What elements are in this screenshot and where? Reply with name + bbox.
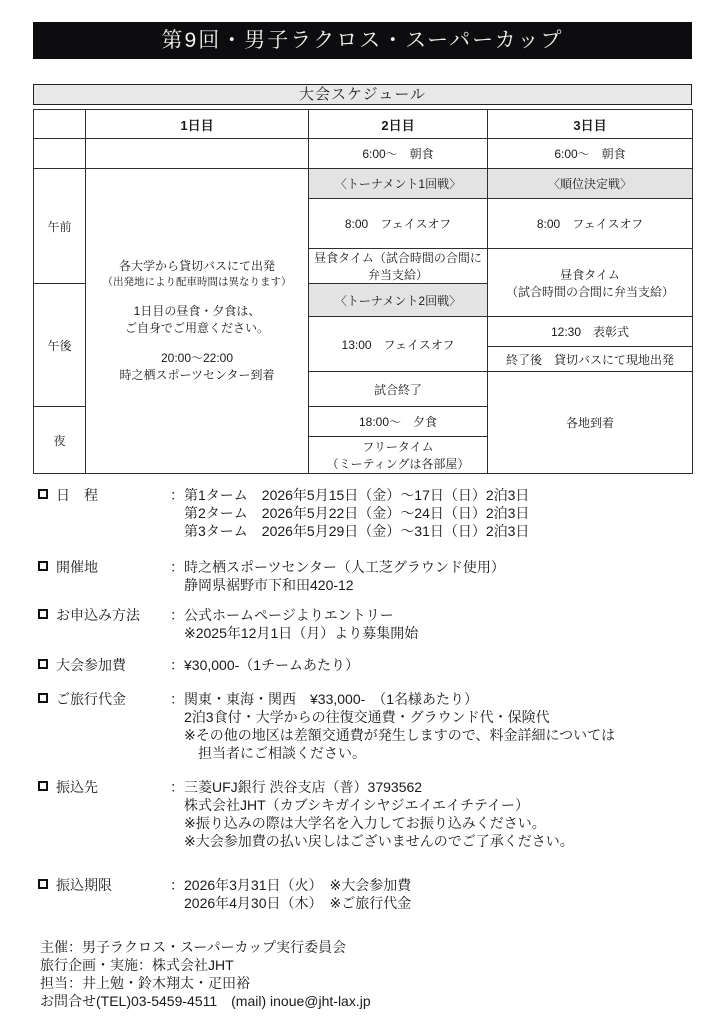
detail-text: ：第1ターム 2026年5月15日（金）～17日（日）2泊3日 第2ターム 20…	[170, 486, 693, 540]
cell-day3-awards: 12:30 表彰式	[488, 317, 693, 347]
footer-contact: お問合せ(TEL)03-5459-4511 (mail) inoue@jht-l…	[40, 992, 371, 1010]
detail-text: ：関東・東海・関西 ¥33,000- （1名様あたり） 2泊3食付・大学からの往…	[170, 690, 693, 762]
cell-day2-round2: 〈トーナメント2回戦〉	[309, 284, 488, 317]
cell-day2-breakfast: 6:00～ 朝食	[309, 139, 488, 169]
cell-day3-faceoff-am: 8:00 フェイスオフ	[488, 199, 693, 249]
detail-item-application: お申込み方法 ：公式ホームページよりエントリー ※2025年12月1日（月）より…	[33, 606, 693, 642]
detail-label: 日 程	[56, 486, 170, 504]
row-label-night: 夜	[34, 407, 86, 474]
bullet-square-icon	[38, 489, 48, 499]
row-label-morning: 午前	[34, 169, 86, 284]
schedule-heading: 大会スケジュール	[33, 84, 692, 105]
cell-day3-departure: 終了後 貸切バスにて現地出発	[488, 347, 693, 372]
bullet-square-icon	[38, 659, 48, 669]
cell-day2-faceoff-pm: 13:00 フェイスオフ	[309, 317, 488, 372]
detail-label: 振込期限	[56, 876, 170, 894]
cell-day3-breakfast: 6:00～ 朝食	[488, 139, 693, 169]
day1-arrive-time: 20:00～22:00	[86, 350, 308, 367]
cell-day3-arrival: 各地到着	[488, 372, 693, 474]
details-list: 日 程 ：第1ターム 2026年5月15日（金）～17日（日）2泊3日 第2ター…	[33, 486, 693, 912]
bullet-square-icon	[38, 609, 48, 619]
detail-label: ご旅行代金	[56, 690, 170, 708]
cell-day2-faceoff-am: 8:00 フェイスオフ	[309, 199, 488, 249]
row-label-afternoon: 午後	[34, 284, 86, 407]
cell-day3-lunch: 昼食タイム （試合時間の合間に弁当支給）	[488, 249, 693, 317]
bullet-square-icon	[38, 693, 48, 703]
detail-item-venue: 開催地 ：時之栖スポーツセンター（人工芝グラウンド使用） 静岡県裾野市下和田42…	[33, 558, 693, 594]
cell-day1-note: 各大学から貸切バスにて出発 （出発地により配車時間は異なります） 1日目の昼食・…	[86, 169, 309, 474]
detail-label: 開催地	[56, 558, 170, 576]
footer-agency: 旅行企画・実施：株式会社JHT	[40, 956, 371, 974]
cell-day2-dinner: 18:00～ 夕食	[309, 407, 488, 437]
footer-organizer: 主催：男子ラクロス・スーパーカップ実行委員会	[40, 938, 371, 956]
cell-day2-lunch: 昼食タイム（試合時間の合間に弁当支給）	[309, 249, 488, 284]
bullet-square-icon	[38, 781, 48, 791]
day1-depart: 各大学から貸切バスにて出発	[86, 258, 308, 275]
footer-staff: 担当：井上勉・鈴木翔太・疋田裕	[40, 974, 371, 992]
detail-text: ：公式ホームページよりエントリー ※2025年12月1日（月）より募集開始	[170, 606, 693, 642]
detail-label: お申込み方法	[56, 606, 170, 624]
day1-arrive: 時之栖スポーツセンター到着	[86, 367, 308, 384]
page-title: 第9回・男子ラクロス・スーパーカップ	[33, 22, 692, 59]
col-header-time	[34, 110, 86, 139]
detail-text: ：2026年3月31日（火） ※大会参加費 2026年4月30日（木） ※ご旅行…	[170, 876, 693, 912]
cell-day1-early	[86, 139, 309, 169]
cell-day2-round1: 〈トーナメント1回戦〉	[309, 169, 488, 199]
cell-day2-game-end: 試合終了	[309, 372, 488, 407]
detail-item-bank-account: 振込先 ：三菱UFJ銀行 渋谷支店（普）3793562 株式会社JHT（カブシキ…	[33, 778, 693, 850]
bullet-square-icon	[38, 561, 48, 571]
flyer-page: 第9回・男子ラクロス・スーパーカップ 大会スケジュール 1日目 2日目 3日目 …	[0, 0, 724, 1024]
bullet-square-icon	[38, 879, 48, 889]
detail-item-travel-fee: ご旅行代金 ：関東・東海・関西 ¥33,000- （1名様あたり） 2泊3食付・…	[33, 690, 693, 762]
footer: 主催：男子ラクロス・スーパーカップ実行委員会 旅行企画・実施：株式会社JHT 担…	[40, 938, 371, 1010]
schedule-table: 1日目 2日目 3日目 6:00～ 朝食 6:00～ 朝食 午前 各大学から貸切…	[33, 109, 693, 474]
cell-day2-free-time: フリータイム （ミーティングは各部屋）	[309, 437, 488, 474]
col-header-day3: 3日目	[488, 110, 693, 139]
detail-label: 振込先	[56, 778, 170, 796]
day1-meals-line1: 1日目の昼食・夕食は、	[86, 303, 308, 320]
day1-depart-note: （出発地により配車時間は異なります）	[86, 275, 308, 290]
col-header-day2: 2日目	[309, 110, 488, 139]
detail-item-dates: 日 程 ：第1ターム 2026年5月15日（金）～17日（日）2泊3日 第2ター…	[33, 486, 693, 540]
col-header-day1: 1日目	[86, 110, 309, 139]
day1-meals-line2: ご自身でご用意ください。	[86, 320, 308, 337]
detail-text: ：三菱UFJ銀行 渋谷支店（普）3793562 株式会社JHT（カブシキガイシヤ…	[170, 778, 693, 850]
cell-day3-placement-round: 〈順位決定戦〉	[488, 169, 693, 199]
detail-text: ：時之栖スポーツセンター（人工芝グラウンド使用） 静岡県裾野市下和田420-12	[170, 558, 693, 594]
cell-empty-time	[34, 139, 86, 169]
detail-item-payment-deadline: 振込期限 ：2026年3月31日（火） ※大会参加費 2026年4月30日（木）…	[33, 876, 693, 912]
detail-label: 大会参加費	[56, 656, 170, 674]
detail-text: ：¥30,000-（1チームあたり）	[170, 656, 693, 674]
detail-item-entry-fee: 大会参加費 ：¥30,000-（1チームあたり）	[33, 656, 693, 674]
